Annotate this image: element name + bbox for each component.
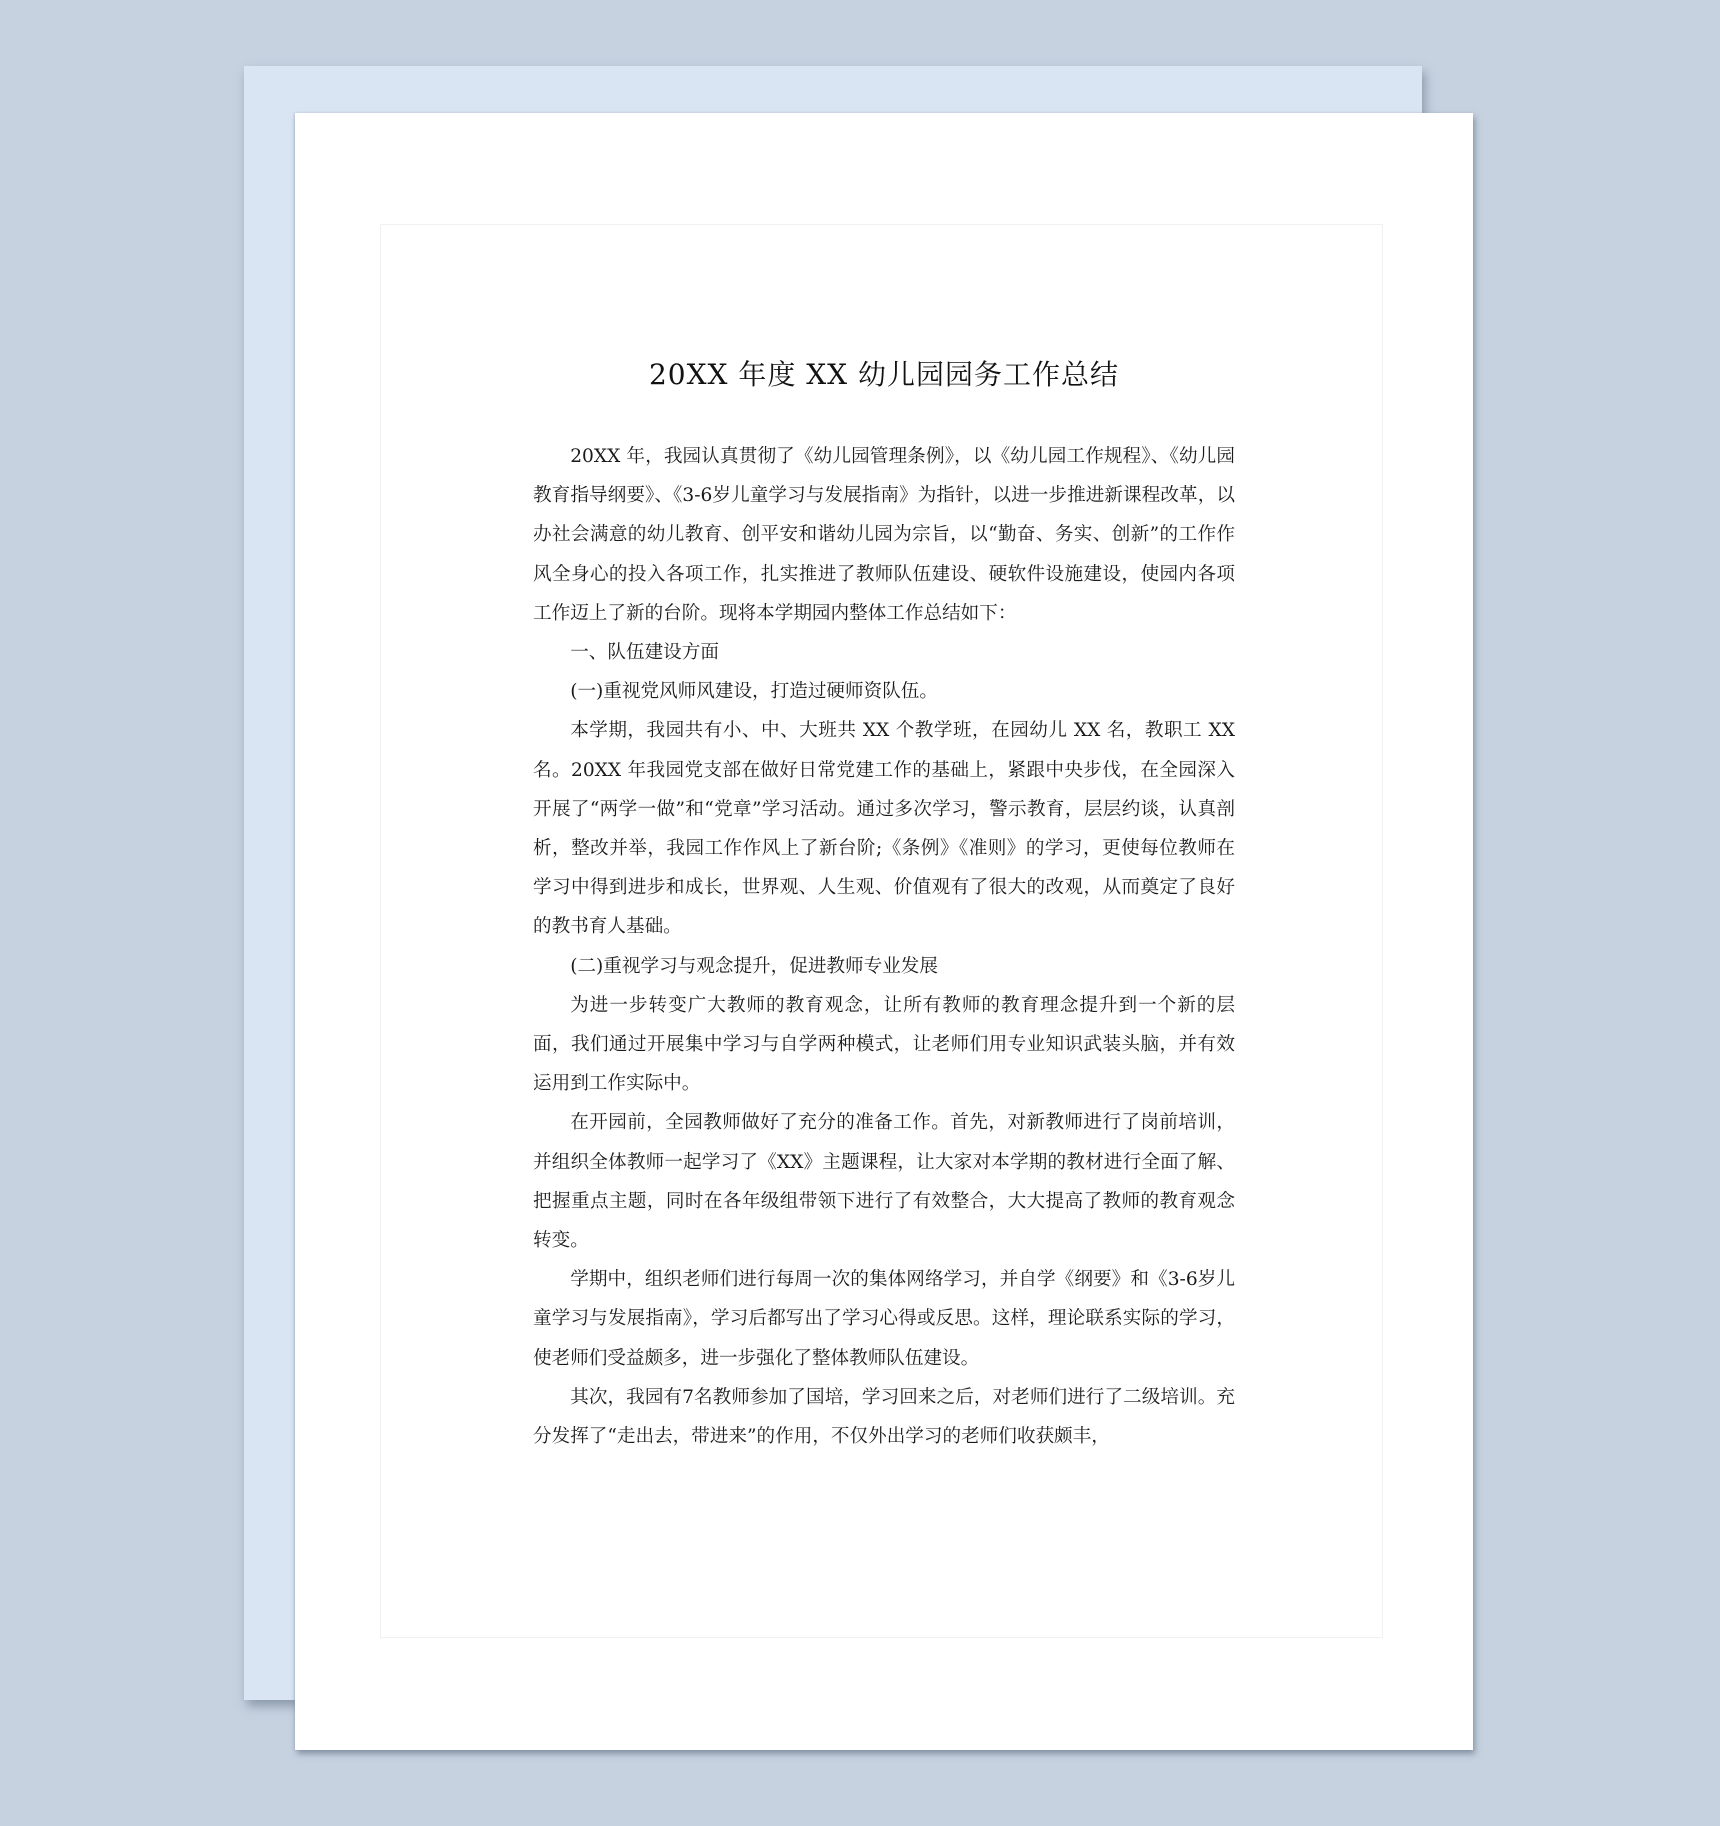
document-title: 20XX 年度 XX 幼儿园园务工作总结	[295, 353, 1473, 393]
subsection-heading-learning: (二)重视学习与观念提升，促进教师专业发展	[533, 947, 1235, 986]
body-paragraph-staff: 本学期，我园共有小、中、大班共 XX 个教学班，在园幼儿 XX 名，教职工 XX…	[533, 711, 1235, 946]
body-paragraph-concepts: 为进一步转变广大教师的教育观念，让所有教师的教育理念提升到一个新的层面，我们通过…	[533, 986, 1235, 1104]
subsection-heading-party-style: (一)重视党风师风建设，打造过硬师资队伍。	[533, 672, 1235, 711]
body-paragraph-midterm: 学期中，组织老师们进行每周一次的集体网络学习，并自学《纲要》和《3-6岁儿童学习…	[533, 1260, 1235, 1378]
body-paragraph-national-training: 其次，我园有7名教师参加了国培，学习回来之后，对老师们进行了二级培训。充分发挥了…	[533, 1378, 1235, 1456]
intro-paragraph: 20XX 年，我园认真贯彻了《幼儿园管理条例》，以《幼儿园工作规程》、《幼儿园教…	[533, 437, 1235, 633]
body-paragraph-preparation: 在开园前，全园教师做好了充分的准备工作。首先，对新教师进行了岗前培训，并组织全体…	[533, 1103, 1235, 1260]
section-heading-team-building: 一、队伍建设方面	[533, 633, 1235, 672]
document-page: 20XX 年度 XX 幼儿园园务工作总结 20XX 年，我园认真贯彻了《幼儿园管…	[295, 113, 1473, 1750]
document-body: 20XX 年，我园认真贯彻了《幼儿园管理条例》，以《幼儿园工作规程》、《幼儿园教…	[533, 437, 1235, 1456]
